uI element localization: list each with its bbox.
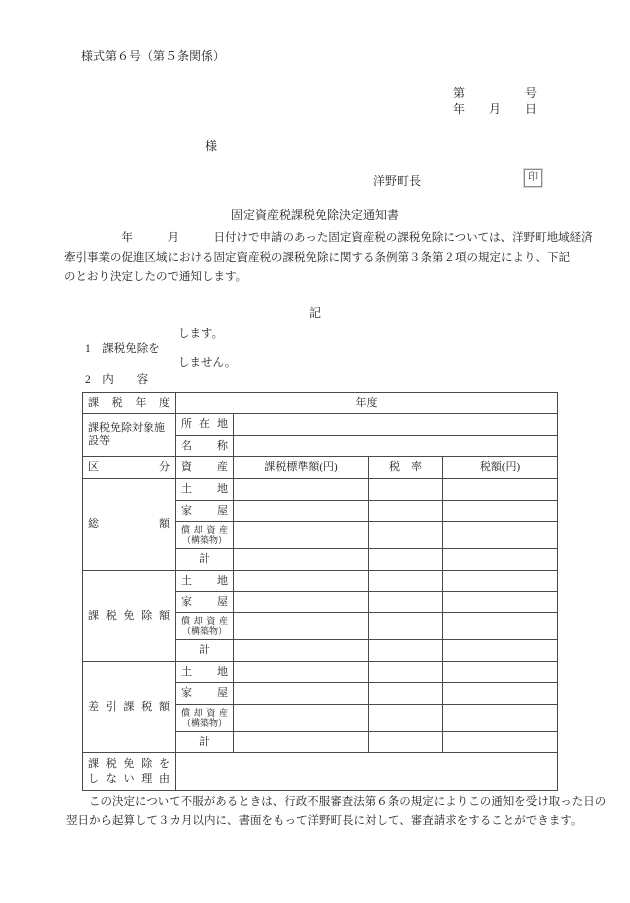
total-sum-taxbase-cell bbox=[234, 549, 369, 571]
total-depreciable-label: 償却資産 （構築物） bbox=[176, 522, 234, 549]
appeal-notice-line-1: この決定について不服があるときは、行政不服審査法第６条の規定によりこの通知を受け… bbox=[66, 793, 606, 812]
exempt-depreciable-label: 償却資産 （構築物） bbox=[176, 613, 234, 640]
division-header: 区分 bbox=[83, 457, 176, 479]
tax-exemption-table: 課税年度 年度 課税免除対象施設等 所在地 名称 区分 資産 課税標準額(円) … bbox=[82, 392, 558, 791]
net-land-amount-cell bbox=[443, 662, 558, 683]
exempt-sum-rate-cell bbox=[369, 640, 443, 662]
total-house-label: 家屋 bbox=[176, 501, 234, 522]
exempt-house-taxbase-cell bbox=[234, 592, 369, 613]
appeal-notice: この決定について不服があるときは、行政不服審査法第６条の規定によりこの通知を受け… bbox=[66, 793, 606, 831]
total-land-taxbase-cell bbox=[234, 479, 369, 501]
group-net-taxable-label: 差引課税額 bbox=[83, 662, 176, 753]
document-page: 様式第６号（第５条関係） 第 号 年 月 日 様 洋野町長 印 固定資産税課税免… bbox=[0, 0, 630, 903]
net-sum-rate-cell bbox=[369, 732, 443, 753]
exempt-land-label: 土地 bbox=[176, 571, 234, 592]
tax-rate-header: 税 率 bbox=[369, 457, 443, 479]
group-total-label: 総額 bbox=[83, 479, 176, 571]
total-depreciable-amount-cell bbox=[443, 522, 558, 549]
exempt-depreciable-taxbase-cell bbox=[234, 613, 369, 640]
denial-reason-label: 課税免除を しない理由 bbox=[83, 753, 176, 791]
exempt-land-rate-cell bbox=[369, 571, 443, 592]
net-house-taxbase-cell bbox=[234, 683, 369, 705]
total-sum-amount-cell bbox=[443, 549, 558, 571]
net-land-rate-cell bbox=[369, 662, 443, 683]
fiscal-year-label: 課税年度 bbox=[83, 393, 176, 414]
total-land-label: 土地 bbox=[176, 479, 234, 501]
group-exempted-label: 課税免除額 bbox=[83, 571, 176, 662]
structures-text: （構築物） bbox=[181, 626, 228, 636]
denial-reason-value-cell bbox=[176, 753, 558, 791]
net-house-amount-cell bbox=[443, 683, 558, 705]
net-land-label: 土地 bbox=[176, 662, 234, 683]
total-sum-rate-cell bbox=[369, 549, 443, 571]
denial-reason-line-2: しない理由 bbox=[88, 772, 170, 787]
form-number: 様式第６号（第５条関係） bbox=[81, 47, 225, 64]
location-value-cell bbox=[234, 414, 558, 436]
net-depreciable-rate-cell bbox=[369, 705, 443, 732]
exempt-house-label: 家屋 bbox=[176, 592, 234, 613]
structures-text: （構築物） bbox=[181, 718, 228, 728]
exempt-land-taxbase-cell bbox=[234, 571, 369, 592]
structures-text: （構築物） bbox=[181, 535, 228, 545]
total-land-amount-cell bbox=[443, 479, 558, 501]
total-house-amount-cell bbox=[443, 501, 558, 522]
body-line-3: のとおり決定したので通知します。 bbox=[64, 268, 593, 288]
net-sum-taxbase-cell bbox=[234, 732, 369, 753]
appeal-notice-line-2: 翌日から起算して３カ月以内に、書面をもって洋野町長に対して、審査請求をすることが… bbox=[66, 812, 606, 831]
body-paragraph: 年 月 日付けで申請のあった固定資産税の課税免除については、洋野町地域経済 牽引… bbox=[64, 229, 593, 288]
denial-reason-line-1: 課税免除を bbox=[88, 757, 170, 772]
depreciable-assets-text: 償却資産 bbox=[181, 525, 228, 535]
exempt-sum-amount-cell bbox=[443, 640, 558, 662]
exempt-sum-label: 計 bbox=[176, 640, 234, 662]
item-exemption-decision: 1 課税免除を bbox=[85, 340, 160, 356]
total-house-rate-cell bbox=[369, 501, 443, 522]
depreciable-assets-text: 償却資産 bbox=[181, 616, 228, 626]
exempt-house-rate-cell bbox=[369, 592, 443, 613]
mayor-title: 洋野町長 bbox=[373, 172, 421, 189]
asset-header: 資産 bbox=[176, 457, 234, 479]
net-sum-label: 計 bbox=[176, 732, 234, 753]
document-title: 固定資産税課税免除決定通知書 bbox=[0, 206, 630, 223]
seal-stamp: 印 bbox=[524, 169, 542, 187]
body-line-2: 牽引事業の促進区域における固定資産税の課税免除に関する条例第３条第２項の規定によ… bbox=[64, 249, 593, 269]
net-house-rate-cell bbox=[369, 683, 443, 705]
total-depreciable-rate-cell bbox=[369, 522, 443, 549]
record-marker: 記 bbox=[0, 304, 630, 321]
name-label: 名称 bbox=[176, 436, 234, 457]
total-house-taxbase-cell bbox=[234, 501, 369, 522]
location-label: 所在地 bbox=[176, 414, 234, 436]
tax-amount-header: 税額(円) bbox=[443, 457, 558, 479]
net-house-label: 家屋 bbox=[176, 683, 234, 705]
exemption-option-deny: しません。 bbox=[178, 354, 236, 370]
exempt-depreciable-amount-cell bbox=[443, 613, 558, 640]
exempt-depreciable-rate-cell bbox=[369, 613, 443, 640]
exempt-land-amount-cell bbox=[443, 571, 558, 592]
fiscal-year-value: 年度 bbox=[176, 393, 558, 414]
addressee-suffix: 様 bbox=[205, 137, 217, 154]
total-sum-label: 計 bbox=[176, 549, 234, 571]
total-land-rate-cell bbox=[369, 479, 443, 501]
exempt-sum-taxbase-cell bbox=[234, 640, 369, 662]
tax-base-header: 課税標準額(円) bbox=[234, 457, 369, 479]
facility-label: 課税免除対象施設等 bbox=[83, 414, 176, 457]
exempt-house-amount-cell bbox=[443, 592, 558, 613]
net-depreciable-taxbase-cell bbox=[234, 705, 369, 732]
item-content-heading: 2 内 容 bbox=[85, 371, 148, 387]
total-depreciable-taxbase-cell bbox=[234, 522, 369, 549]
name-value-cell bbox=[234, 436, 558, 457]
exemption-option-grant: します。 bbox=[178, 325, 223, 341]
depreciable-assets-text: 償却資産 bbox=[181, 708, 228, 718]
body-line-1: 年 月 日付けで申請のあった固定資産税の課税免除については、洋野町地域経済 bbox=[64, 229, 593, 249]
net-depreciable-label: 償却資産 （構築物） bbox=[176, 705, 234, 732]
net-sum-amount-cell bbox=[443, 732, 558, 753]
document-number-line: 第 号 bbox=[453, 84, 537, 101]
net-depreciable-amount-cell bbox=[443, 705, 558, 732]
net-land-taxbase-cell bbox=[234, 662, 369, 683]
date-line: 年 月 日 bbox=[453, 100, 537, 117]
